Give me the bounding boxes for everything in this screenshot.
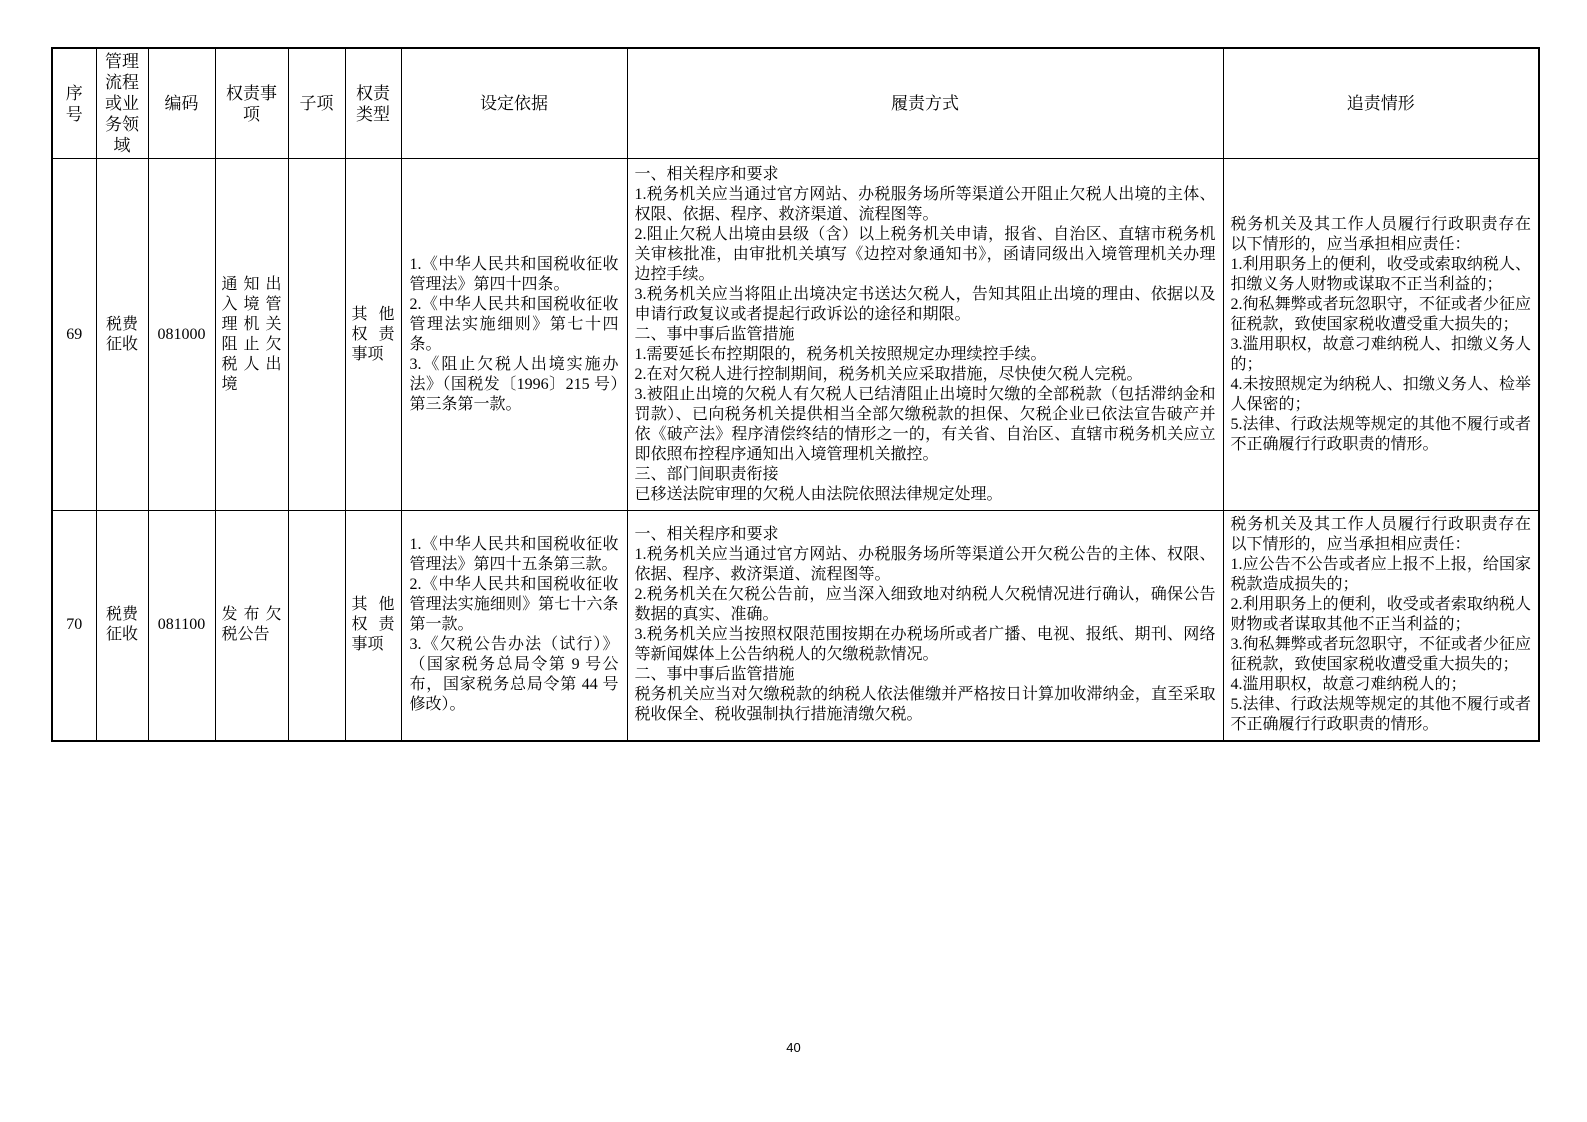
col-header-method: 履责方式	[627, 48, 1223, 159]
col-header-accountability: 追责情形	[1223, 48, 1539, 159]
col-header-area: 管理流程或业务领域	[96, 48, 148, 159]
cell-type: 其他权责事项	[345, 511, 401, 741]
cell-method: 一、相关程序和要求 1.税务机关应当通过官方网站、办税服务场所等渠道公开阻止欠税…	[627, 159, 1223, 511]
cell-code: 081000	[148, 159, 215, 511]
col-header-code: 编码	[148, 48, 215, 159]
page-number: 40	[0, 1040, 1587, 1055]
cell-type: 其他权责事项	[345, 159, 401, 511]
cell-seq: 70	[52, 511, 96, 741]
cell-area: 税费征收	[96, 511, 148, 741]
header-row: 序号 管理流程或业务领域 编码 权责事项 子项 权责类型 设定依据 履责方式 追…	[52, 48, 1539, 159]
document-page: 序号 管理流程或业务领域 编码 权责事项 子项 权责类型 设定依据 履责方式 追…	[0, 0, 1587, 1122]
col-header-matter: 权责事项	[215, 48, 288, 159]
cell-accountability: 税务机关及其工作人员履行行政职责存在以下情形的，应当承担相应责任： 1.应公告不…	[1223, 511, 1539, 741]
cell-code: 081100	[148, 511, 215, 741]
col-header-type: 权责类型	[345, 48, 401, 159]
cell-area: 税费征收	[96, 159, 148, 511]
col-header-basis: 设定依据	[401, 48, 627, 159]
cell-matter: 发布欠税公告	[215, 511, 288, 741]
col-header-subitem: 子项	[288, 48, 345, 159]
cell-accountability: 税务机关及其工作人员履行行政职责存在以下情形的，应当承担相应责任： 1.利用职务…	[1223, 159, 1539, 511]
cell-matter: 通知出入境管理机关阻止欠税人出境	[215, 159, 288, 511]
cell-subitem	[288, 159, 345, 511]
col-header-seq: 序号	[52, 48, 96, 159]
responsibility-table: 序号 管理流程或业务领域 编码 权责事项 子项 权责类型 设定依据 履责方式 追…	[51, 47, 1540, 742]
table-row: 69 税费征收 081000 通知出入境管理机关阻止欠税人出境 其他权责事项 1…	[52, 159, 1539, 511]
cell-basis: 1.《中华人民共和国税收征收管理法》第四十五条第三款。 2.《中华人民共和国税收…	[401, 511, 627, 741]
cell-subitem	[288, 511, 345, 741]
table-row: 70 税费征收 081100 发布欠税公告 其他权责事项 1.《中华人民共和国税…	[52, 511, 1539, 741]
cell-seq: 69	[52, 159, 96, 511]
cell-method: 一、相关程序和要求 1.税务机关应当通过官方网站、办税服务场所等渠道公开欠税公告…	[627, 511, 1223, 741]
cell-basis: 1.《中华人民共和国税收征收管理法》第四十四条。 2.《中华人民共和国税收征收管…	[401, 159, 627, 511]
